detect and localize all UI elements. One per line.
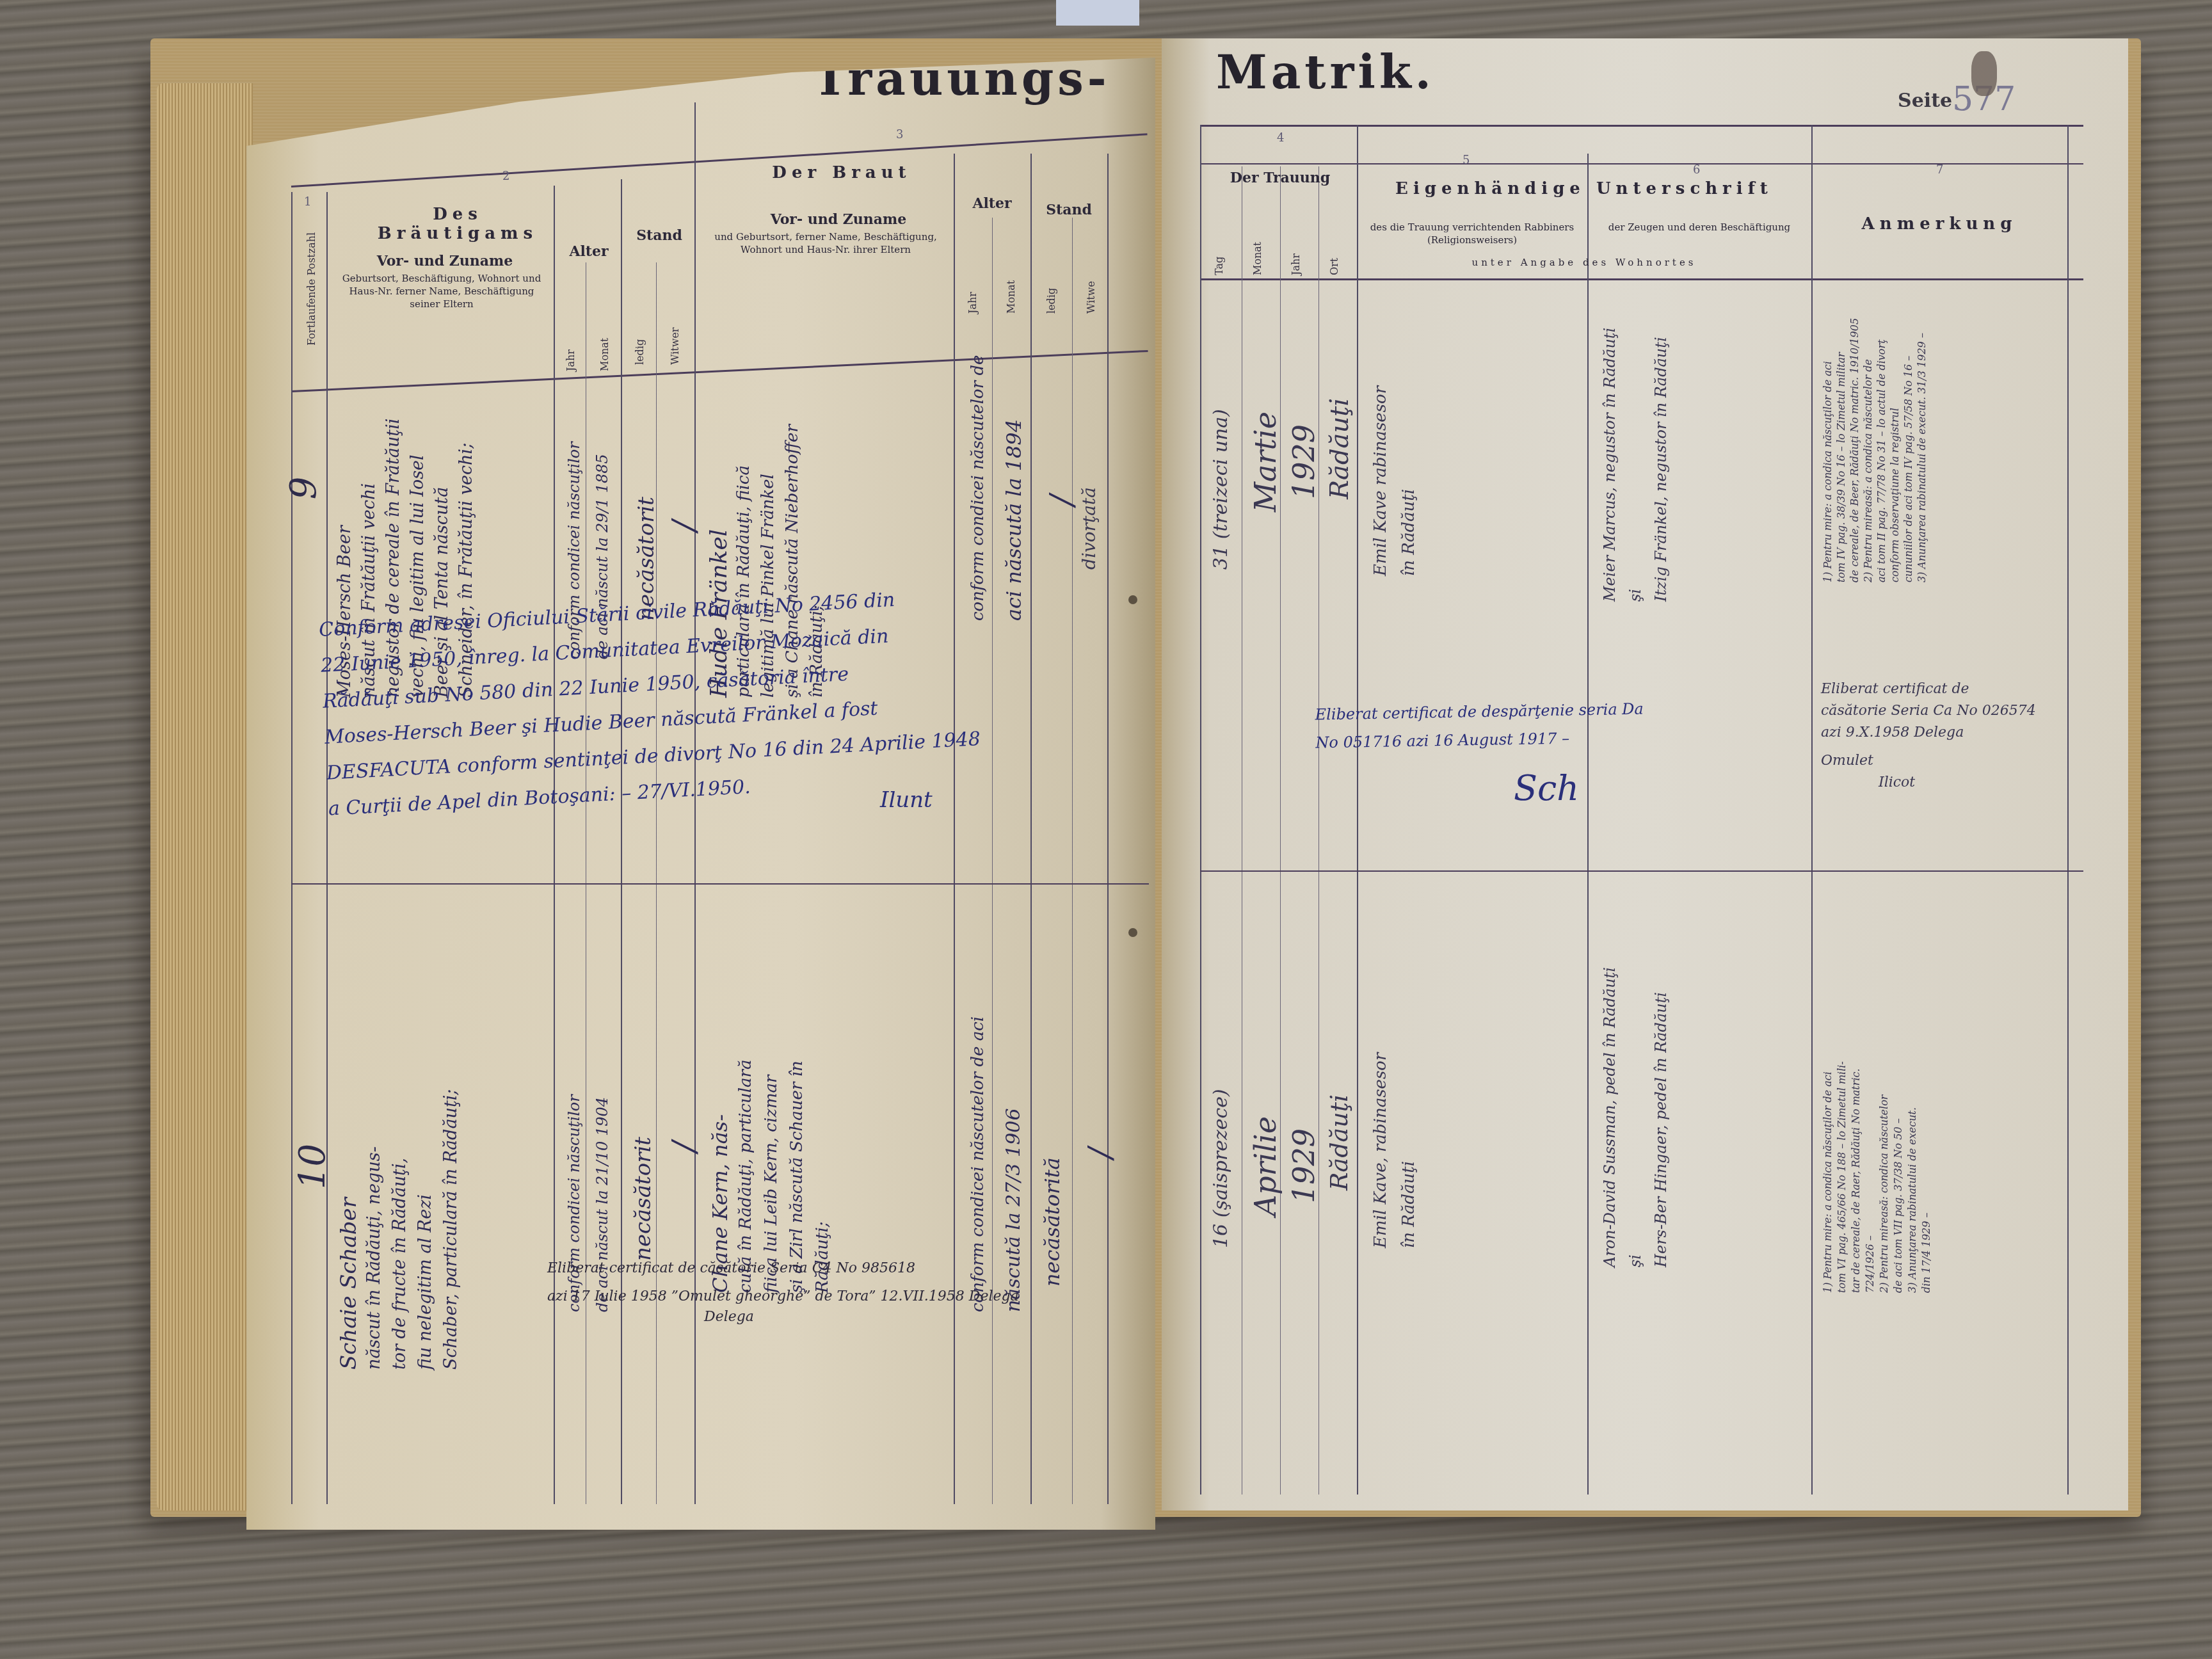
witnesses-entry-9: Meier Marcus, negustor în Rădăuţi şi Itz… — [1597, 328, 1674, 602]
header-bride-stand: Stand — [1034, 202, 1104, 218]
col-border — [291, 192, 293, 1504]
header-rabbi: des die Trauung verrichtenden Rabbiners … — [1363, 221, 1581, 246]
groom-witwer-entry-10: / — [666, 1141, 703, 1152]
header-tag: Tag — [1213, 257, 1225, 275]
text-line: Emil Kave, rabinasesor — [1366, 1053, 1395, 1248]
bride-witwe-entry-9: divorţată — [1078, 487, 1100, 570]
binding-hole — [1128, 928, 1137, 937]
col-border — [1811, 125, 1813, 1495]
text-line: No 051716 azi 16 August 1917 – — [1315, 723, 1644, 757]
ink-stain — [1971, 51, 1997, 96]
groom-name-entry-10: Schaie Schaber născut în Rădăuţi, negus-… — [336, 1089, 464, 1370]
col-number-2: 2 — [502, 170, 509, 183]
header-groom-name-sub: Geburtsort, Beschäftigung, Wohnort und H… — [333, 272, 550, 310]
text-line: cununiilor de aci tom IV pag. 57/58 No 1… — [1902, 318, 1915, 582]
divorce-certificate-note: Eliberat certificat de despărţenie seria… — [1315, 695, 1644, 757]
text-line: în Rădăuţi — [1395, 1053, 1423, 1248]
bride-ledig-entry-9: / — [1043, 495, 1080, 506]
header-sub-rule — [1200, 163, 2083, 164]
col-border — [2067, 125, 2069, 1495]
text-line: 3) Anunţarea rabinatului de execut. 31/3… — [1915, 318, 1928, 582]
col-number-1: 1 — [304, 195, 311, 209]
entry-separator — [291, 883, 1149, 885]
bookmark-tab — [1056, 0, 1139, 26]
header-groom-jahr: Jahr — [565, 349, 577, 371]
witnesses-entry-10: Aron-David Sussman, pedel în Rădăuţi şi … — [1597, 967, 1674, 1267]
header-groom-alter: Alter — [560, 243, 618, 260]
text-line: tom IV pag. 38/39 No 16 – lo Zimetul mil… — [1834, 318, 1848, 582]
header-groom-stand: Stand — [627, 227, 691, 244]
header-bride-alter: Alter — [957, 195, 1027, 212]
text-line: Schaie Schaber — [336, 1089, 362, 1370]
col-number-7: 7 — [1936, 163, 1943, 177]
entry-number: 10 — [292, 1144, 333, 1189]
page-stack-edge — [157, 83, 253, 1511]
text-line: căsătorie Seria Ca No 026574 — [1821, 700, 2036, 722]
header-top-rule — [291, 133, 1148, 188]
text-line: Itzig Fränkel, negustor în Rădăuţi — [1648, 328, 1674, 602]
header-bride-witwe: Witwe — [1085, 281, 1097, 314]
rabbi-entry-10: Emil Kave, rabinasesor în Rădăuţi — [1366, 1053, 1423, 1248]
col-number-5: 5 — [1463, 154, 1470, 167]
col-number-4: 4 — [1277, 131, 1284, 145]
text-line: şi — [1623, 328, 1648, 602]
header-bride: Der Braut — [733, 163, 950, 182]
text-line: fiu nelegitim al Rezi — [413, 1089, 438, 1370]
header-groom: Des Bräutigams — [374, 205, 541, 243]
col-number-6: 6 — [1693, 163, 1700, 177]
left-page: Trauungs- Seite 576 1 2 3 Fortlaufende P… — [246, 58, 1155, 1530]
header-monat: Monat — [1251, 242, 1263, 275]
text-line: 2) Pentru mireasă: a condica născutelor … — [1861, 318, 1875, 582]
text-line: azi 17 Iulie 1958 ”Omulet gheorghe” de T… — [547, 1283, 1019, 1311]
text-line: în Rădăuţi — [1395, 386, 1423, 576]
entry-number: 9 — [283, 477, 325, 500]
header-groom-ledig: ledig — [634, 339, 646, 365]
text-line: tar de cereale, de Raer, Rădăuţi No matr… — [1849, 1061, 1863, 1293]
col-border — [1072, 218, 1073, 1504]
col-border — [1318, 166, 1319, 1495]
text-line: aci născută la 1894 — [996, 355, 1032, 621]
wedding-year-entry-9: 1929 — [1286, 424, 1321, 499]
wedding-day-entry-9: 31 (treizeci una) — [1210, 409, 1232, 570]
divorce-certificate-signature: Sch — [1514, 768, 1579, 808]
text-line: tor de fructe în Rădăuţi, — [387, 1089, 413, 1370]
header-groom-witwer: Witwer — [669, 327, 681, 365]
bride-ledig-entry-10: necăsătorită — [1040, 1157, 1064, 1286]
groom-stand-entry-10: necăsătorit — [630, 1137, 656, 1261]
col-border — [1200, 125, 1201, 1495]
wedding-place-entry-10: Rădăuţi — [1325, 1094, 1353, 1190]
col-border — [1280, 166, 1281, 1495]
wedding-day-entry-10: 16 (şaisprezece) — [1210, 1089, 1232, 1248]
header-signature: Eigenhändige Unterschrift — [1360, 179, 1808, 198]
register-title-right: Matrik. — [1216, 45, 1435, 99]
text-line: 1) Pentru mire: a condica născuţilor de … — [1821, 318, 1834, 582]
rabbi-entry-9: Emil Kave rabinasesor în Rădăuţi — [1366, 386, 1423, 576]
remarks-entry-9: 1) Pentru mire: a condica născuţilor de … — [1821, 318, 1928, 582]
groom-witwer-entry-9: / — [666, 520, 703, 531]
text-line: 1) Pentru mire: a condica născuţilor de … — [1821, 1061, 1835, 1293]
text-line: Emil Kave rabinasesor — [1366, 386, 1395, 576]
text-line: Hers-Ber Hingaer, pedel în Rădăuţi — [1648, 967, 1674, 1267]
header-wedding: Der Trauung — [1203, 170, 1357, 186]
text-line: Schaber, particulară în Rădăuţi; — [438, 1089, 464, 1370]
header-bride-name-sub: und Geburtsort, ferner Name, Beschäftigu… — [707, 230, 944, 256]
seite-label-right: Seite — [1898, 90, 1952, 112]
certificate-note-entry-10: Eliberat certificat de căsătorie Seria C… — [547, 1254, 1019, 1311]
text-line: Eliberat certificat de — [1821, 678, 2036, 700]
header-bride-monat: Monat — [1005, 280, 1017, 314]
col-border — [1357, 125, 1358, 1495]
certificate-note-entry-9: Eliberat certificat de căsătorie Seria C… — [1821, 678, 2036, 794]
header-groom-monat: Monat — [598, 338, 611, 371]
col-number-3: 3 — [896, 128, 903, 141]
col-border — [1107, 154, 1109, 1504]
text-line: Eliberat certificat de căsătorie Seria C… — [547, 1254, 1019, 1283]
text-line: de cereale, de Beer, Rădăuţi No matric. … — [1848, 318, 1861, 582]
text-line: 3) Anunţarea rabinatului de execut. — [1905, 1061, 1919, 1293]
remarks-entry-10: 1) Pentru mire: a condica născuţilor de … — [1821, 1061, 1934, 1293]
wedding-month-entry-10: Aprilie — [1248, 1116, 1283, 1216]
text-line: azi 9.X.1958 Delega — [1821, 722, 2036, 744]
text-line: aci tom II pag. 77/78 No 31 – lo actul d… — [1875, 318, 1888, 582]
text-line: născut în Rădăuţi, negus- — [362, 1089, 387, 1370]
bride-witwe-entry-10: / — [1082, 1148, 1119, 1158]
right-page: Matrik. Seite 577 4 5 6 7 Der Trauung Ta… — [1162, 38, 2128, 1511]
header-ort: Ort — [1328, 258, 1340, 275]
header-bottom-rule — [1200, 278, 2083, 280]
header-bride-ledig: ledig — [1045, 288, 1057, 314]
certificate-signature-entry-10: Delega — [704, 1309, 754, 1325]
text-line: Omulet — [1821, 750, 2036, 772]
header-bride-name: Vor- und Zuname — [733, 211, 944, 228]
text-line: tom VI pag. 465/66 No 188 – lo Zimetul m… — [1835, 1061, 1849, 1293]
text-line: conform observaţiune la registrul — [1888, 318, 1902, 582]
text-line: de aci tom VII pag. 37/38 No 50 – — [1891, 1061, 1905, 1293]
wedding-place-entry-9: Rădăuţi — [1325, 398, 1354, 499]
text-line: Meier Marcus, negustor în Rădăuţi — [1597, 328, 1623, 602]
text-line: din 17/4 1929 – — [1919, 1061, 1934, 1293]
text-line: Eliberat certificat de despărţenie seria… — [1315, 695, 1644, 729]
text-line: 2) Pentru mireasă: condica născutelor — [1877, 1061, 1891, 1293]
header-witnesses: der Zeugen und deren Beschäftigung — [1594, 221, 1805, 234]
col-border — [326, 192, 328, 1504]
wedding-year-entry-10: 1929 — [1286, 1128, 1321, 1203]
entry-separator — [1200, 870, 2083, 872]
header-bride-jahr: Jahr — [966, 292, 979, 314]
header-wohnort: unter Angabe des Wohnortes — [1360, 256, 1808, 269]
header-postzahl: Fortlaufende Postzahl — [305, 232, 317, 346]
col-border — [1587, 154, 1589, 1495]
divorce-signature: Ilunt — [880, 787, 933, 813]
text-line: Ilicot — [1821, 772, 2036, 794]
header-jahr: Jahr — [1290, 253, 1302, 275]
wedding-month-entry-9: Martie — [1248, 412, 1283, 512]
binding-hole — [1128, 595, 1137, 604]
text-line: 724/1926 – — [1863, 1061, 1877, 1293]
text-line: Aron-David Sussman, pedel în Rădăuţi — [1597, 967, 1623, 1267]
header-top-rule — [1200, 125, 2083, 127]
text-line: şi — [1623, 967, 1648, 1267]
col-border — [1242, 166, 1242, 1495]
header-groom-name: Vor- und Zuname — [342, 253, 547, 269]
header-anmerkung: Anmerkung — [1815, 214, 2064, 234]
